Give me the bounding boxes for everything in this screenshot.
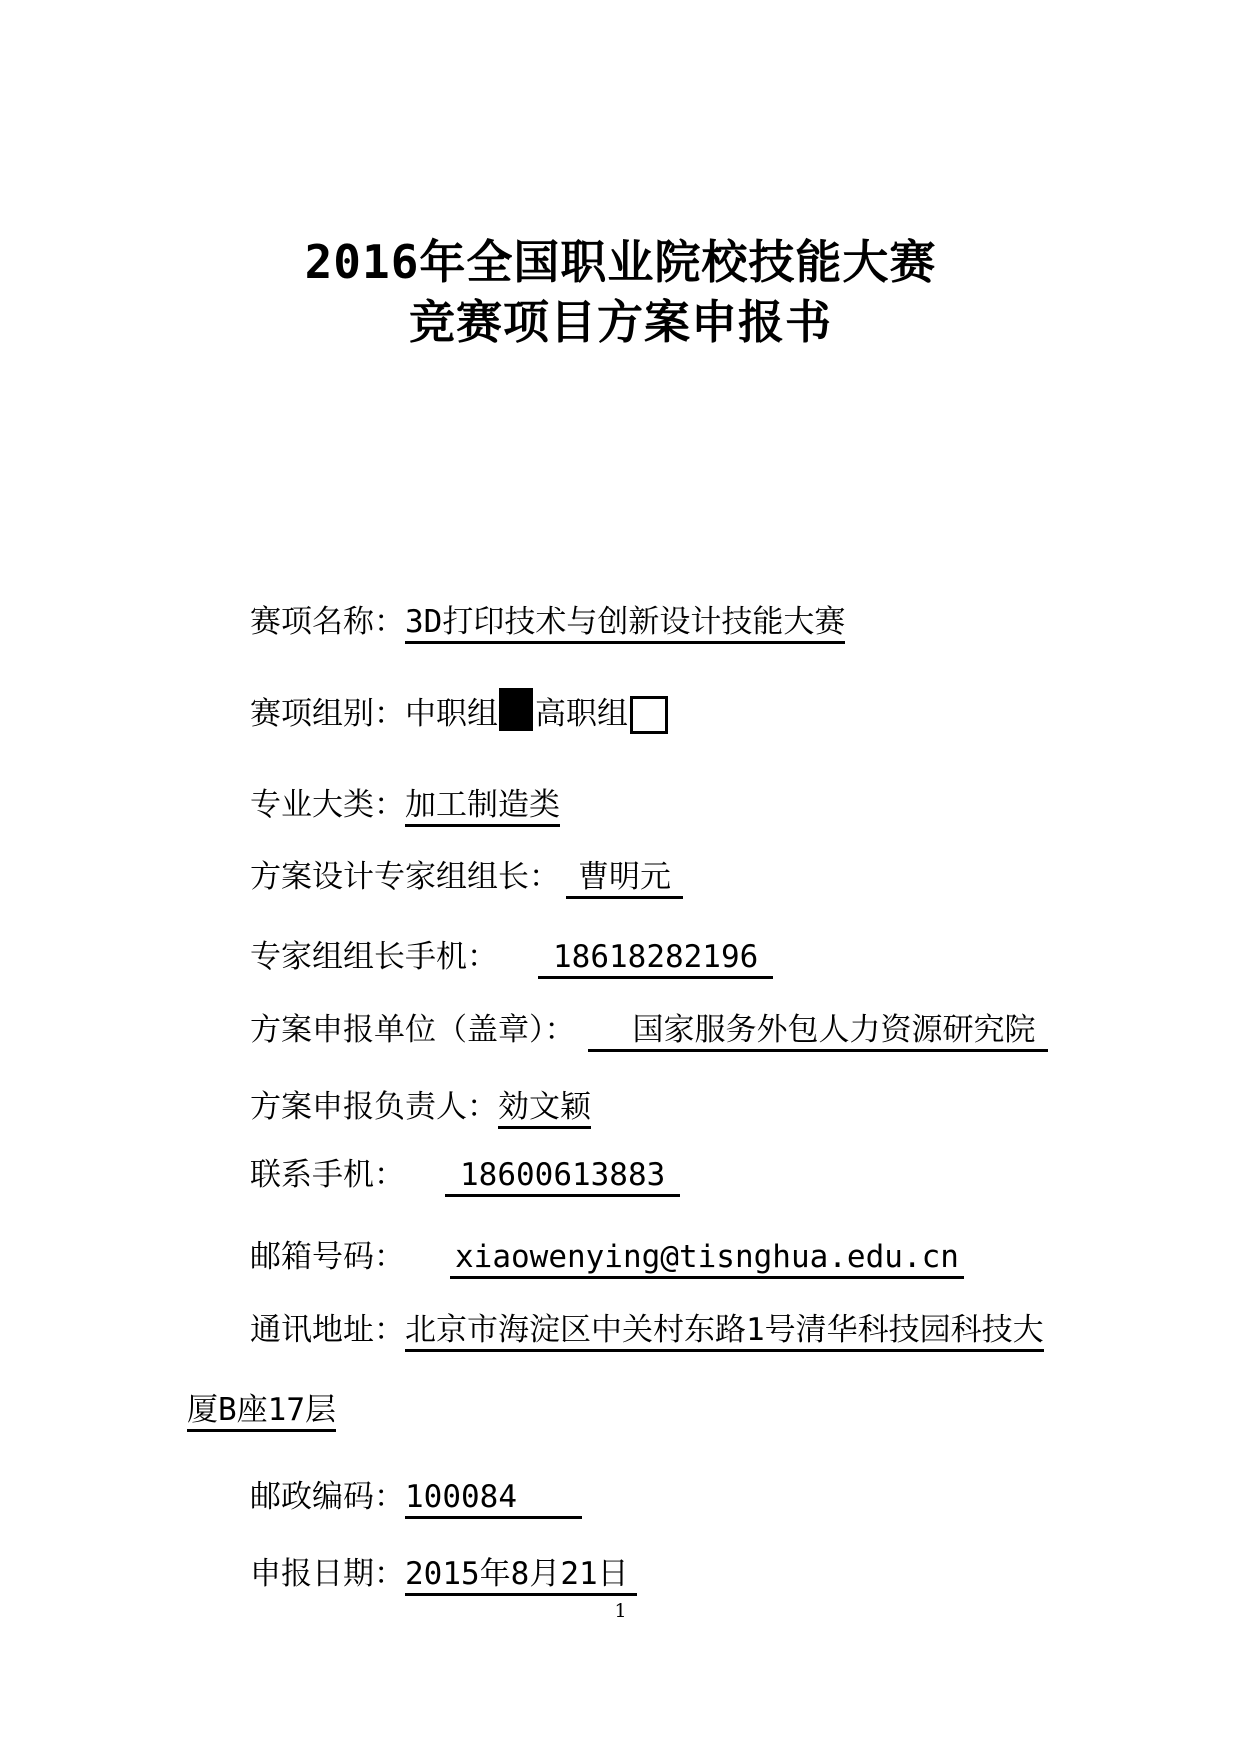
field-postal-code: 邮政编码：100084 [250, 1475, 582, 1519]
event-group-option-higher-label: 高职组 [535, 696, 628, 731]
applicant-person-value: 効文颖 [498, 1089, 591, 1129]
field-email: 邮箱号码：xiaowenying@tisnghua.edu.cn [250, 1235, 964, 1279]
major-category-value: 加工制造类 [405, 787, 560, 827]
document-page: 2016年全国职业院校技能大赛 竞赛项目方案申报书 赛项名称：3D打印技术与创新… [0, 0, 1241, 1754]
address-label: 通讯地址： [250, 1312, 405, 1347]
contact-phone-value: 18600613883 [445, 1157, 680, 1197]
field-address-line2: 厦B座17层 [187, 1388, 336, 1432]
postal-code-value: 100084 [405, 1479, 582, 1519]
postal-code-label: 邮政编码： [250, 1479, 405, 1514]
contact-phone-label: 联系手机： [250, 1157, 405, 1192]
event-name-label: 赛项名称： [250, 604, 405, 639]
field-applicant-person: 方案申报负责人：効文颖 [250, 1085, 591, 1129]
address-value-line2: 厦B座17层 [187, 1392, 336, 1432]
document-title-line2: 竞赛项目方案申报书 [0, 292, 1241, 352]
applicant-org-value: 国家服务外包人力资源研究院 [588, 1012, 1048, 1052]
expert-leader-value: 曹明元 [566, 859, 683, 899]
address-value-line1: 北京市海淀区中关村东路1号清华科技园科技大 [405, 1312, 1044, 1352]
field-event-name: 赛项名称：3D打印技术与创新设计技能大赛 [250, 600, 845, 644]
field-address-line1: 通讯地址：北京市海淀区中关村东路1号清华科技园科技大 [250, 1308, 1044, 1352]
major-category-label: 专业大类： [250, 787, 405, 822]
checkbox-filled-icon [499, 688, 533, 731]
field-apply-date: 申报日期：2015年8月21日 [250, 1552, 637, 1596]
expert-leader-label: 方案设计专家组组长： [250, 859, 560, 894]
checkbox-empty-icon [630, 696, 668, 734]
document-title-line1: 2016年全国职业院校技能大赛 [0, 232, 1241, 292]
field-expert-leader-phone: 专家组组长手机：18618282196 [250, 935, 773, 979]
document-title: 2016年全国职业院校技能大赛 竞赛项目方案申报书 [0, 232, 1241, 352]
applicant-person-label: 方案申报负责人： [250, 1089, 498, 1124]
field-contact-phone: 联系手机：18600613883 [250, 1153, 680, 1197]
page-number: 1 [0, 1600, 1241, 1622]
field-expert-leader: 方案设计专家组组长：曹明元 [250, 855, 683, 899]
event-group-option-secondary-label: 中职组 [405, 696, 498, 731]
event-group-label: 赛项组别： [250, 696, 405, 731]
field-applicant-org: 方案申报单位（盖章）：国家服务外包人力资源研究院 [250, 1008, 1048, 1052]
applicant-org-label: 方案申报单位（盖章）： [250, 1012, 576, 1047]
apply-date-value: 2015年8月21日 [405, 1556, 637, 1596]
expert-leader-phone-value: 18618282196 [538, 939, 773, 979]
email-label: 邮箱号码： [250, 1239, 405, 1274]
email-value: xiaowenying@tisnghua.edu.cn [450, 1239, 964, 1279]
field-major-category: 专业大类：加工制造类 [250, 783, 560, 827]
event-name-value: 3D打印技术与创新设计技能大赛 [405, 604, 845, 644]
apply-date-label: 申报日期： [250, 1556, 405, 1591]
expert-leader-phone-label: 专家组组长手机： [250, 939, 498, 974]
field-event-group: 赛项组别：中职组高职组 [250, 688, 668, 736]
